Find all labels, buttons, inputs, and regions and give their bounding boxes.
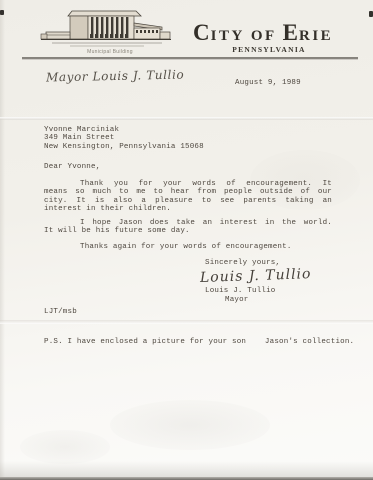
- handwritten-signature: Louis J. Tullio: [200, 267, 312, 287]
- body-line: Thanks again for your words of encourage…: [44, 243, 332, 251]
- wordmark-initial-e: E: [283, 20, 299, 45]
- scan-speck-left: [0, 10, 4, 15]
- letter-date: August 9, 1989: [235, 79, 301, 87]
- mayor-script-line: Mayor Louis J. Tullio: [46, 68, 185, 85]
- postscript: P.S. I have enclosed a picture for your …: [44, 338, 354, 346]
- body-line: It will be his future some day.: [44, 227, 332, 235]
- scan-speck-right: [369, 11, 373, 17]
- body-line: city. It is also a pleasure to see paren…: [44, 197, 332, 205]
- body-line: means so much to me to hear from people …: [44, 188, 332, 196]
- scan-blotch: [110, 400, 270, 450]
- scan-bottom-shadow-band: [0, 461, 373, 477]
- scanned-letter-page: Municipal Building CITYOFERIE PENNSYLVAN…: [0, 0, 373, 480]
- letterhead-rule: [22, 57, 358, 60]
- reference-initials: LJT/msb: [44, 308, 77, 316]
- salutation: Dear Yvonne,: [44, 163, 100, 171]
- building-caption: Municipal Building: [72, 49, 148, 55]
- typed-name: Louis J. Tullio: [205, 287, 312, 295]
- recipient-city-state-zip: New Kensington, Pennsylvania 15068: [44, 143, 204, 151]
- state-label: PENNSYLVANIA: [193, 45, 345, 54]
- wordmark-of: OF: [251, 28, 277, 44]
- recipient-address-block: Yvonne Marciniak 349 Main Street New Ken…: [44, 126, 204, 151]
- city-of-erie-wordmark: CITYOFERIE: [193, 20, 353, 46]
- closing-block: Sincerely yours, Louis J. Tullio Louis J…: [205, 259, 312, 304]
- scan-left-edge-shadow: [0, 0, 5, 480]
- scan-blotch: [20, 430, 110, 464]
- recipient-street: 349 Main Street: [44, 134, 204, 142]
- body-paragraph-2: I hope Jason does take an interest in th…: [44, 219, 332, 236]
- wordmark-initial-c: C: [193, 20, 211, 45]
- body-line: Thank you for your words of encouragemen…: [44, 180, 332, 188]
- wordmark-rie: RIE: [299, 28, 333, 44]
- body-line: I hope Jason does take an interest in th…: [44, 219, 332, 227]
- wordmark-ity: ITY: [211, 28, 245, 44]
- body-line: interest in their children.: [44, 205, 332, 213]
- fold-crease-bottom: [0, 320, 373, 324]
- fold-crease-top: [0, 117, 373, 120]
- body-paragraph-1: Thank you for your words of encouragemen…: [44, 180, 332, 214]
- recipient-name: Yvonne Marciniak: [44, 126, 204, 134]
- body-paragraph-3: Thanks again for your words of encourage…: [44, 243, 332, 251]
- signer-title: Mayor: [225, 296, 312, 304]
- municipal-building-illustration: [40, 6, 172, 48]
